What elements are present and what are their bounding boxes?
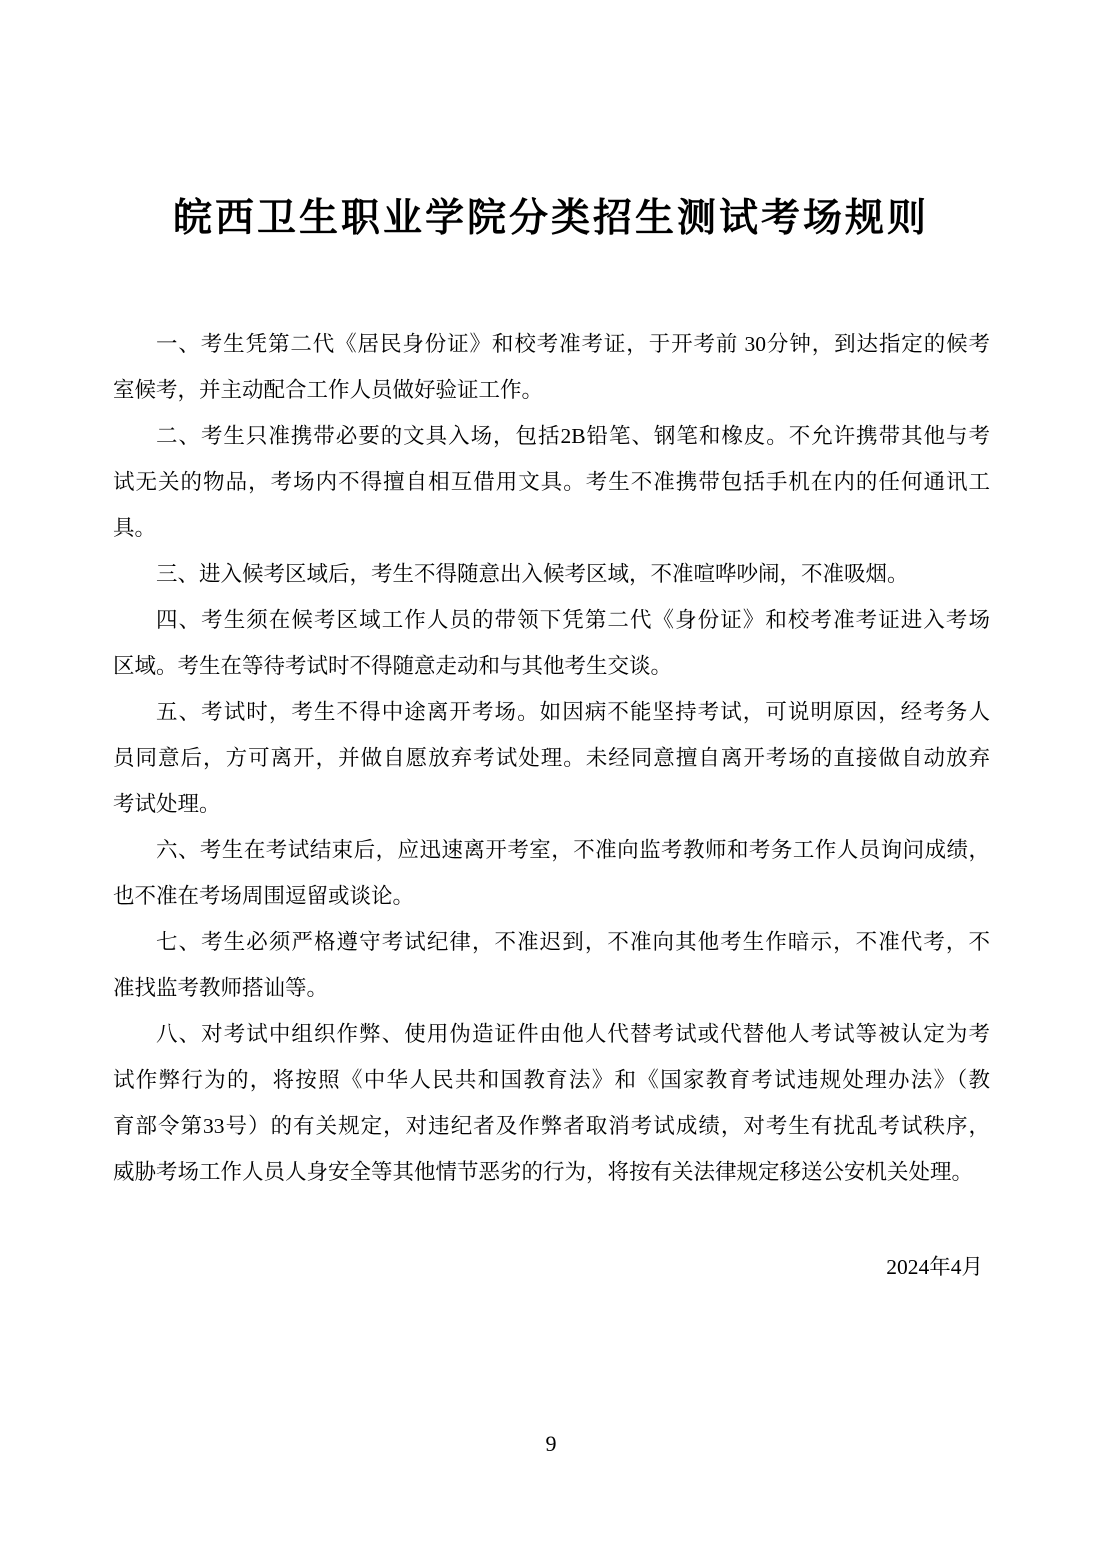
body-line: 一、考生凭第二代《居民身份证》和校考准考证，于开考前 30分钟，到达指定的候考 (113, 321, 990, 367)
document-title: 皖西卫生职业学院分类招生测试考场规则 (0, 193, 1102, 245)
body-line: 区域。考生在等待考试时不得随意走动和与其他考生交谈。 (113, 643, 990, 689)
document-body: 一、考生凭第二代《居民身份证》和校考准考证，于开考前 30分钟，到达指定的候考室… (113, 321, 990, 1195)
body-line: 试无关的物品，考场内不得擅自相互借用文具。考生不准携带包括手机在内的任何通讯工 (113, 459, 990, 505)
body-line: 员同意后，方可离开，并做自愿放弃考试处理。未经同意擅自离开考场的直接做自动放弃 (113, 735, 990, 781)
document-date: 2024年4月 (113, 1244, 983, 1290)
body-line: 六、考生在考试结束后，应迅速离开考室，不准向监考教师和考务工作人员询问成绩， (113, 827, 990, 873)
document-page: 皖西卫生职业学院分类招生测试考场规则 一、考生凭第二代《居民身份证》和校考准考证… (0, 0, 1102, 1559)
body-line: 具。 (113, 505, 990, 551)
body-line: 威胁考场工作人员人身安全等其他情节恶劣的行为，将按有关法律规定移送公安机关处理。 (113, 1149, 990, 1195)
body-line: 室候考，并主动配合工作人员做好验证工作。 (113, 367, 990, 413)
body-line: 五、考试时，考生不得中途离开考场。如因病不能坚持考试，可说明原因，经考务人 (113, 689, 990, 735)
page-number: 9 (0, 1430, 1102, 1458)
body-line: 育部令第33号）的有关规定，对违纪者及作弊者取消考试成绩，对考生有扰乱考试秩序， (113, 1103, 990, 1149)
body-line: 考试处理。 (113, 781, 990, 827)
body-line: 二、考生只准携带必要的文具入场，包括2B铅笔、钢笔和橡皮。不允许携带其他与考 (113, 413, 990, 459)
body-line: 七、考生必须严格遵守考试纪律，不准迟到，不准向其他考生作暗示，不准代考，不 (113, 919, 990, 965)
body-line: 准找监考教师搭讪等。 (113, 965, 990, 1011)
body-line: 也不准在考场周围逗留或谈论。 (113, 873, 990, 919)
body-line: 四、考生须在候考区域工作人员的带领下凭第二代《身份证》和校考准考证进入考场 (113, 597, 990, 643)
body-line: 试作弊行为的，将按照《中华人民共和国教育法》和《国家教育考试违规处理办法》（教 (113, 1057, 990, 1103)
body-line: 八、对考试中组织作弊、使用伪造证件由他人代替考试或代替他人考试等被认定为考 (113, 1011, 990, 1057)
body-line: 三、进入候考区域后，考生不得随意出入候考区域，不准喧哗吵闹，不准吸烟。 (113, 551, 990, 597)
